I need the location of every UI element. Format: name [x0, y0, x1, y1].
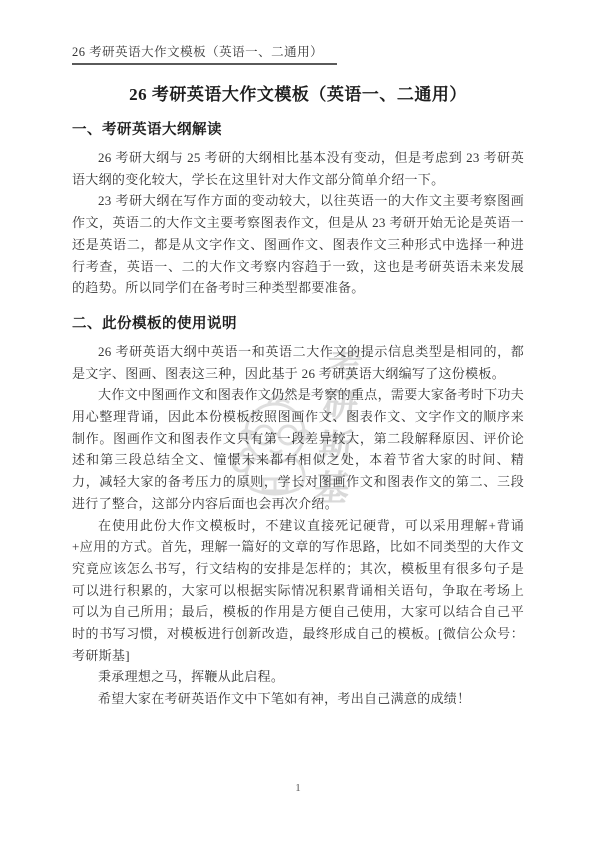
paragraph: 26 考研英语大纲中英语一和英语二大作文的提示信息类型是相同的，都是文字、图画、… — [72, 341, 524, 384]
paragraph: 希望大家在考研英语作文中下笔如有神，考出自己满意的成绩！ — [72, 688, 524, 710]
page-content: 26 考研英语大作文模板（英语一、二通用） 26 考研英语大作文模板（英语一、二… — [0, 0, 596, 710]
page-number: 1 — [0, 782, 596, 794]
section-template-usage: 二、此份模板的使用说明 26 考研英语大纲中英语一和英语二大作文的提示信息类型是… — [72, 312, 524, 710]
running-header-text: 26 考研英语大作文模板（英语一、二通用） — [72, 42, 337, 65]
paragraph: 26 考研大纲与 25 考研的大纲相比基本没有变动，但是考虑到 23 考研英语大… — [72, 147, 524, 190]
document-title: 26 考研英语大作文模板（英语一、二通用） — [72, 80, 524, 105]
section-outline-reading: 一、考研英语大纲解读 26 考研大纲与 25 考研的大纲相比基本没有变动，但是考… — [72, 118, 524, 299]
paragraph: 在使用此份大作文模板时，不建议直接死记硬背，可以采用理解+背诵+应用的方式。首先… — [72, 515, 524, 667]
paragraph: 23 考研大纲在写作方面的变动较大，以往英语一的大作文主要考察图画作文，英语二的… — [72, 190, 524, 299]
section-2-heading: 二、此份模板的使用说明 — [72, 312, 524, 333]
paragraph: 大作文中图画作文和图表作文仍然是考察的重点，需要大家备考时下功夫用心整理背诵，因… — [72, 384, 524, 514]
section-1-heading: 一、考研英语大纲解读 — [72, 118, 524, 139]
paragraph: 秉承理想之马，挥鞭从此启程。 — [72, 666, 524, 688]
running-header: 26 考研英语大作文模板（英语一、二通用） — [72, 42, 524, 65]
document-page: { "page": { "header": "26 考研英语大作文模板（英语一、… — [0, 0, 596, 842]
